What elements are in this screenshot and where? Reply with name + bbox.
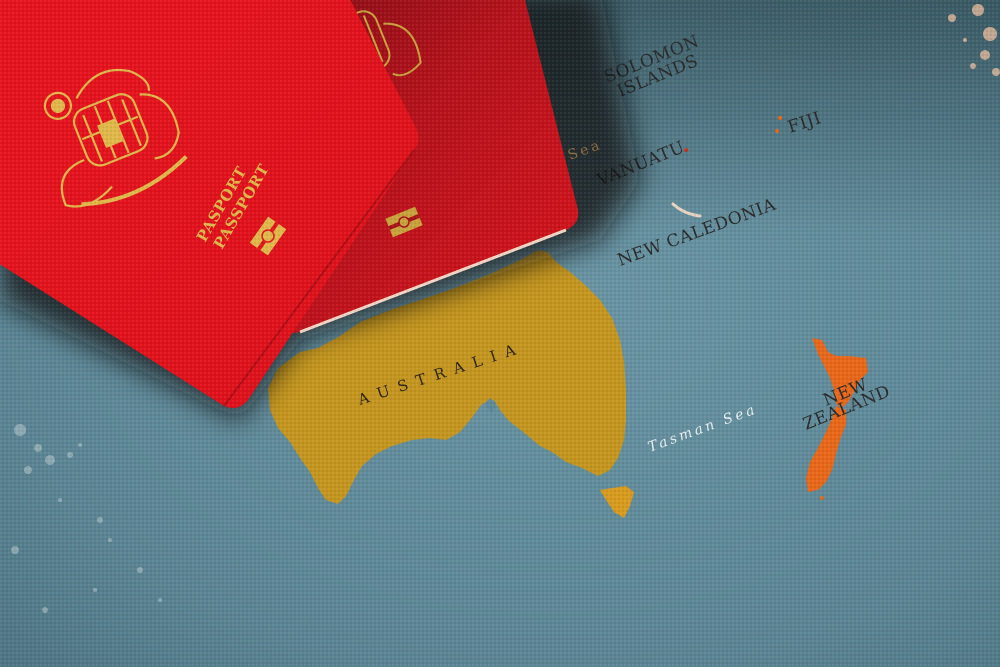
fiji-island — [778, 116, 782, 120]
photo-scene: SOLOMON ISLANDS FIJI VANUATU NEW CALEDON… — [0, 0, 1000, 667]
